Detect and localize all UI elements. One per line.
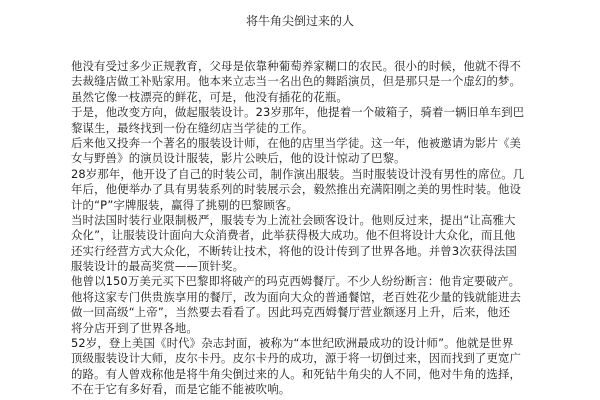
text-line: 众化”，让服装设计面向大众消费者，此举获得极大成功。他不但将设计大众化，而且他 [71, 228, 541, 243]
text-line: 52岁，登上美国《时代》杂志封面，被称为“本世纪欧洲最成功的设计师”。他就是世界 [71, 336, 541, 351]
text-line: 黎谋生，最终找到一份在缝纫店当学徒的工作。 [71, 121, 541, 136]
text-line: 28岁那年，他开设了自己的时装公司，制作演出服装。当时服装设计没有男性的席位。几 [71, 167, 541, 182]
text-line: 当时法国时装行业限制极严，服装专为上流社会顾客设计。他则反过来，提出“让高雅大 [71, 213, 541, 228]
text-line: 后来他又投奔一个著名的服装设计师，在他的店里当学徒。这一年，他被邀请为影片《美 [71, 136, 541, 151]
text-line: 计的“P”字牌服装，赢得了挑剔的巴黎顾客。 [71, 198, 541, 213]
text-line: 服装设计的最高奖赏——顶针奖。 [71, 259, 541, 274]
document-body: 他没有受过多少正规教育，父母是依靠种葡萄养家糊口的农民。很小的时候，他就不得不 … [71, 59, 541, 398]
text-line: 还实行经营方式大众化，不断转让技术，将他的设计传到了世界各地。并曾3次获得法国 [71, 244, 541, 259]
text-line: 于是，他改变方向，做起服装设计。23岁那年，他提着一个破箱子，骑着一辆旧单车到巴 [71, 105, 541, 120]
document-title: 将牛角尖倒过来的人 [0, 14, 600, 28]
text-line: 年后，他便举办了具有男装系列的时装展示会，毅然推出充满阳刚之美的男性时装。他设 [71, 182, 541, 197]
text-line: 不在于它有多好看，而是它能不能被吹响。 [71, 382, 541, 397]
text-line: 虽然它像一枝漂亮的鲜花，可是，他没有插花的花瓶。 [71, 90, 541, 105]
text-line: 他没有受过多少正规教育，父母是依靠种葡萄养家糊口的农民。很小的时候，他就不得不 [71, 59, 541, 74]
text-line: 做一回高级“上帝”，当然要去看看了。因此玛克西姆餐厅营业额逐月上升，后来，他还 [71, 305, 541, 320]
text-line: 顶级服装设计大师，皮尔卡丹。皮尔卡丹的成功，源于将一切倒过来，因而找到了更宽广 [71, 351, 541, 366]
text-line: 将分店开到了世界各地。 [71, 321, 541, 336]
text-line: 的路。有人曾戏称他是将牛角尖倒过来的人。和死钻牛角尖的人不同，他对牛角的选择， [71, 367, 541, 382]
text-line: 他曾以150万美元买下巴黎即将破产的玛克西姆餐厅。不少人纷纷断言：他肯定要破产。 [71, 274, 541, 289]
text-line: 他将这家专门供贵族享用的餐厅，改为面向大众的普通餐馆，老百姓花少量的钱就能进去 [71, 290, 541, 305]
text-line: 去裁缝店做工补贴家用。他本来立志当一名出色的舞蹈演员，但是那只是一个虚幻的梦。 [71, 74, 541, 89]
text-line: 女与野兽》的演员设计服装，影片公映后，他的设计惊动了巴黎。 [71, 151, 541, 166]
